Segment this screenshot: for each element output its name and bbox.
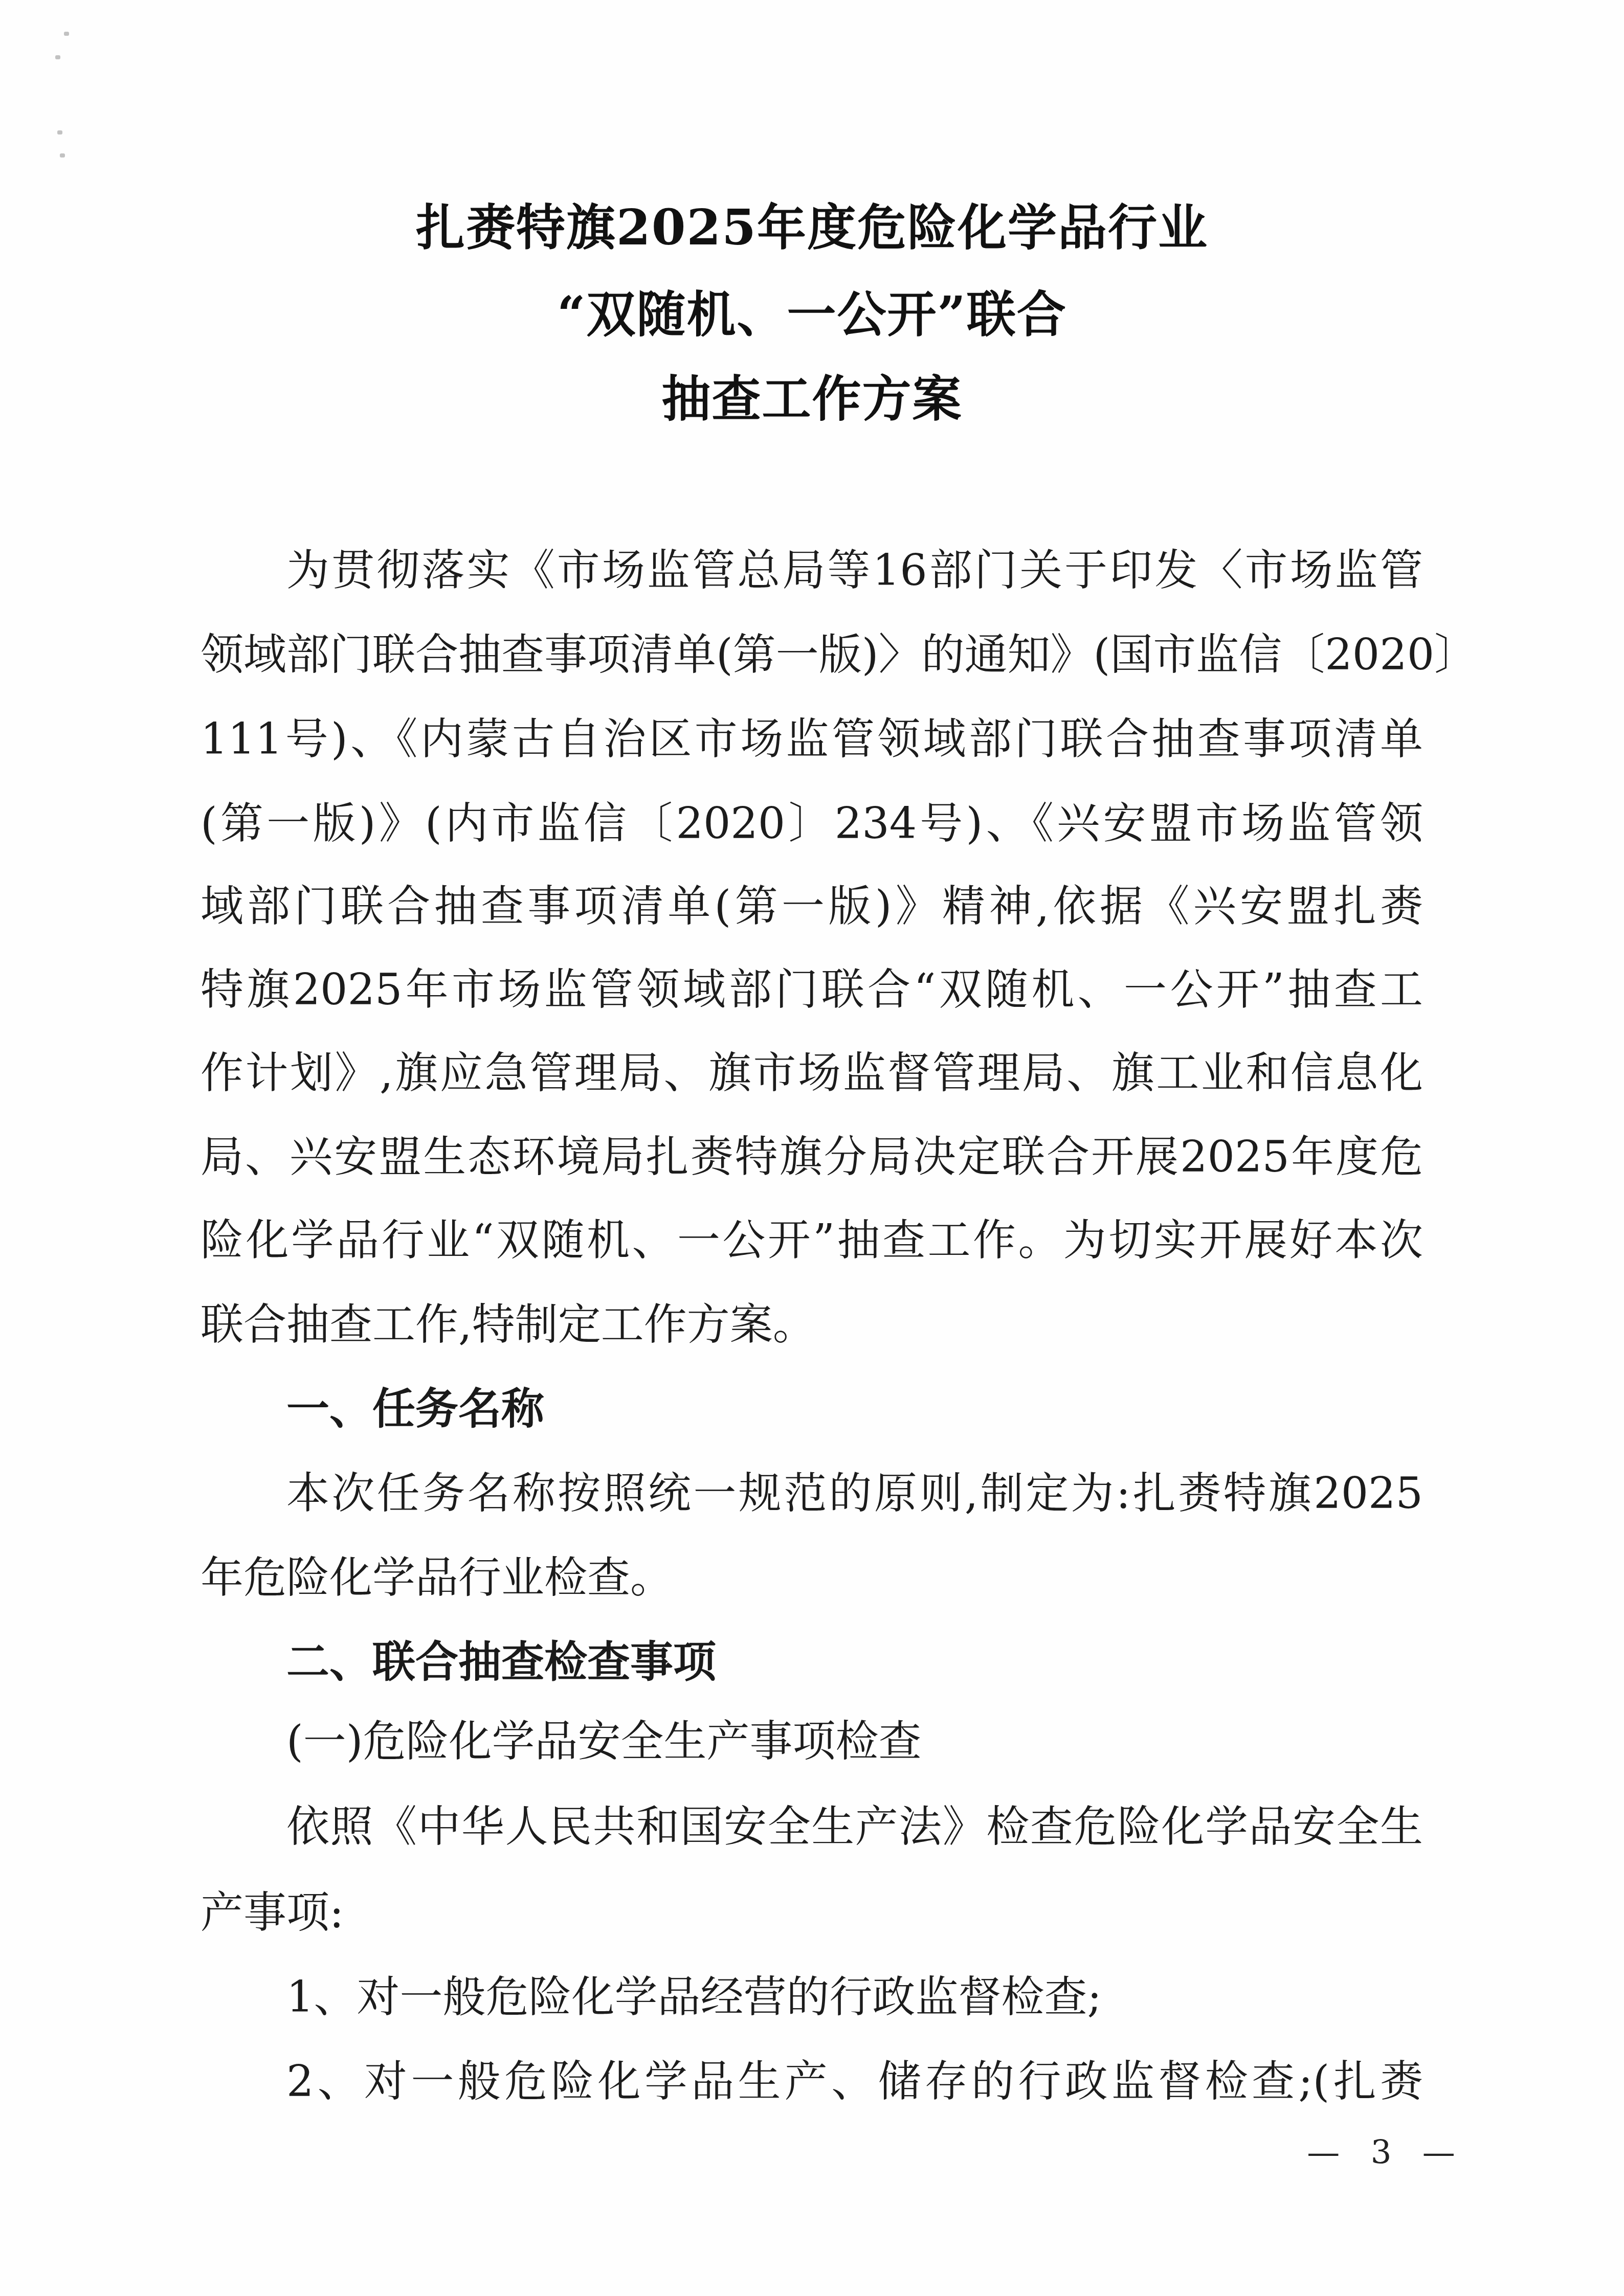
intro-line: 险化学品行业“双随机、一公开”抽查工作。为切实开展好本次 — [201, 1214, 1423, 1266]
intro-line: 为贯彻落实《市场监管总局等16部门关于印发〈市场监管 — [286, 545, 1423, 596]
section-1-body-line: 本次任务名称按照统一规范的原则,制定为:扎赉特旗2025 — [286, 1468, 1423, 1519]
subsection-1-body-line: 产事项: — [201, 1887, 1423, 1938]
section-1-heading: 一、任务名称 — [286, 1383, 1423, 1434]
scan-speck — [64, 32, 69, 36]
title-line-2: “双随机、一公开”联合 — [0, 286, 1624, 343]
scan-speck — [55, 55, 60, 59]
section-2-heading: 二、联合抽查检查事项 — [286, 1636, 1423, 1687]
scan-speck — [57, 130, 62, 134]
section-1-body-line: 年危险化学品行业检查。 — [201, 1552, 1423, 1603]
intro-line: (第一版)》(内市监信〔2020〕234号)、《兴安盟市场监管领 — [201, 798, 1423, 849]
check-item-1: 1、对一般危险化学品经营的行政监督检查; — [286, 1971, 1423, 2022]
intro-line: 领域部门联合抽查事项清单(第一版)〉的通知》(国市监信〔2020〕 — [201, 629, 1423, 680]
check-item-2: 2、对一般危险化学品生产、储存的行政监督检查;(扎赉 — [286, 2056, 1423, 2107]
intro-line: 作计划》,旗应急管理局、旗市场监督管理局、旗工业和信息化 — [201, 1047, 1423, 1098]
scan-speck — [60, 153, 65, 157]
intro-line: 联合抽查工作,特制定工作方案。 — [201, 1299, 1423, 1350]
intro-line: 111号)、《内蒙古自治区市场监管领域部门联合抽查事项清单 — [201, 713, 1423, 764]
intro-line: 特旗2025年市场监管领域部门联合“双随机、一公开”抽查工 — [201, 964, 1423, 1015]
document-page: 扎赉特旗2025年度危险化学品行业 “双随机、一公开”联合 抽查工作方案 为贯彻… — [0, 0, 1624, 2296]
subsection-1-heading: (一)危险化学品安全生产事项检查 — [286, 1716, 1423, 1767]
subsection-1-body-line: 依照《中华人民共和国安全生产法》检查危险化学品安全生 — [286, 1801, 1423, 1852]
title-line-1: 扎赉特旗2025年度危险化学品行业 — [0, 199, 1624, 256]
page-number: — 3 — — [1299, 2132, 1473, 2173]
intro-line: 域部门联合抽查事项清单(第一版)》精神,依据《兴安盟扎赉 — [201, 881, 1423, 932]
intro-line: 局、兴安盟生态环境局扎赉特旗分局决定联合开展2025年度危 — [201, 1131, 1423, 1182]
title-line-3: 抽查工作方案 — [0, 371, 1624, 427]
